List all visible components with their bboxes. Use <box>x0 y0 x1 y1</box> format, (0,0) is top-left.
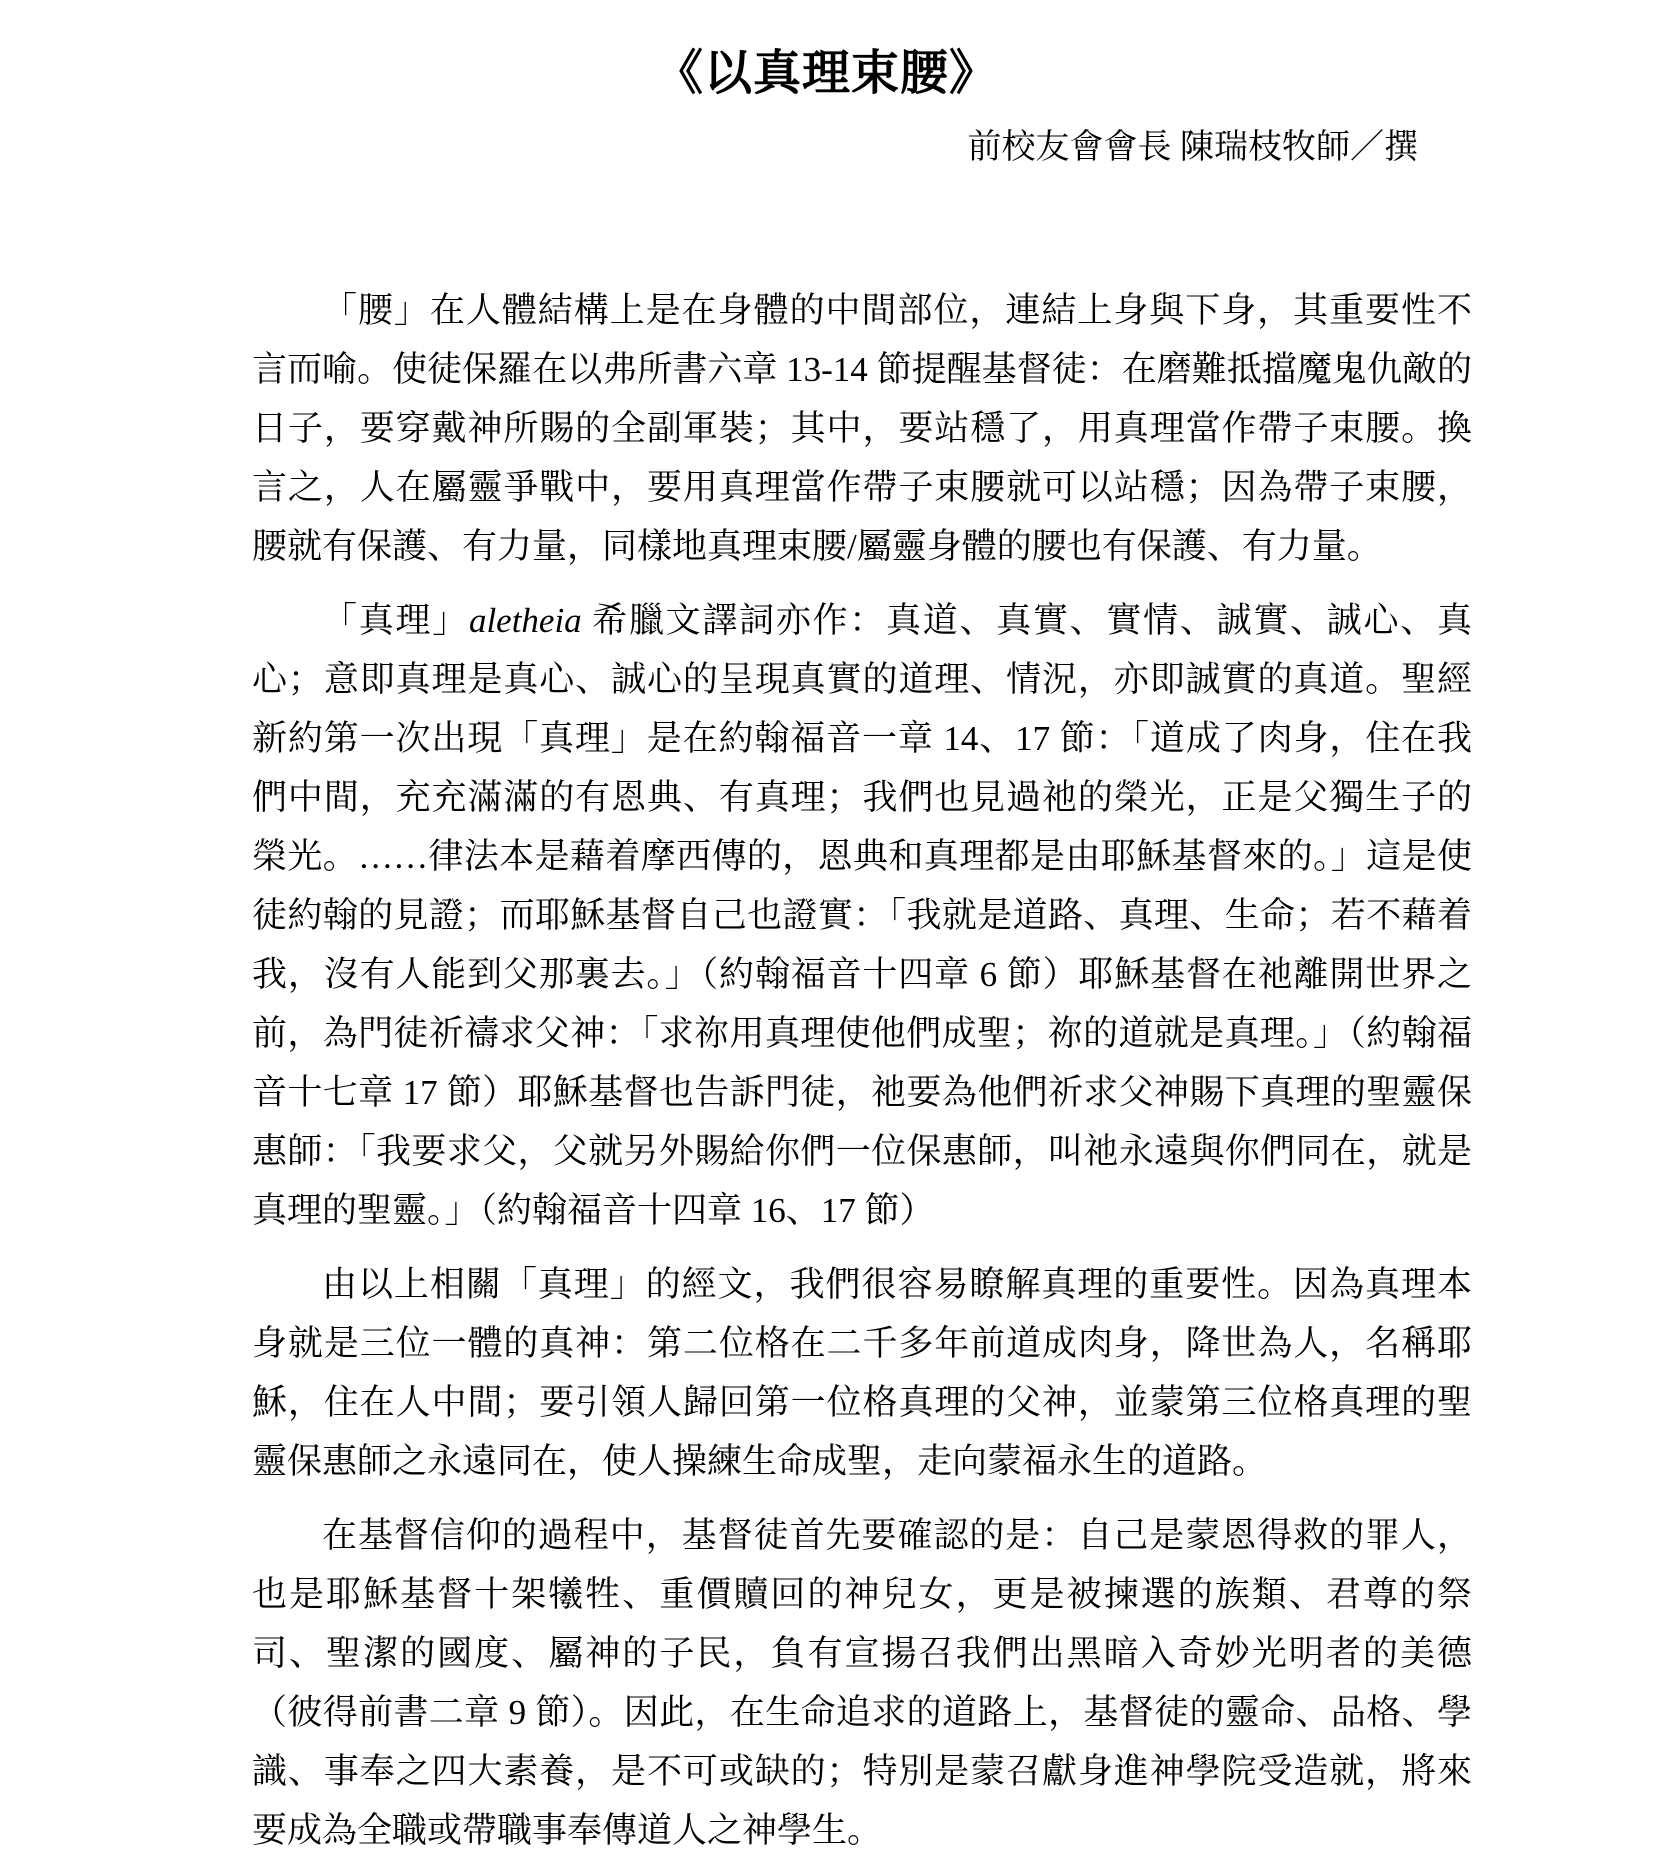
byline: 前校友會會長 陳瑞枝牧師／撰 <box>0 125 1418 171</box>
document-page: 《以真理束腰》 前校友會會長 陳瑞枝牧師／撰 「腰」在人體結構上是在身體的中間部… <box>0 0 1653 1873</box>
page-title: 《以真理束腰》 <box>0 0 1653 107</box>
paragraph-truth-rest-text: 希臘文譯詞亦作：真道、真實、實情、誠實、誠心、真心；意即真理是真心、誠心的呈現真… <box>252 601 1472 1230</box>
paragraph-truth-lead-text: 「真理」 <box>322 601 469 640</box>
greek-term-aletheia: aletheia <box>469 601 582 640</box>
document-body: 「腰」在人體結構上是在身體的中間部位，連結上身與下身，其重要性不言而喻。使徒保羅… <box>252 281 1472 1860</box>
paragraph-trinity-truth: 由以上相關「真理」的經文，我們很容易瞭解真理的重要性。因為真理本身就是三位一體的… <box>252 1255 1472 1491</box>
paragraph-christian-faith: 在基督信仰的過程中，基督徒首先要確認的是：自己是蒙恩得救的罪人，也是耶穌基督十架… <box>252 1506 1472 1860</box>
paragraph-truth-definition: 「真理」aletheia 希臘文譯詞亦作：真道、真實、實情、誠實、誠心、真心；意… <box>252 591 1472 1240</box>
paragraph-waist-intro: 「腰」在人體結構上是在身體的中間部位，連結上身與下身，其重要性不言而喻。使徒保羅… <box>252 281 1472 576</box>
